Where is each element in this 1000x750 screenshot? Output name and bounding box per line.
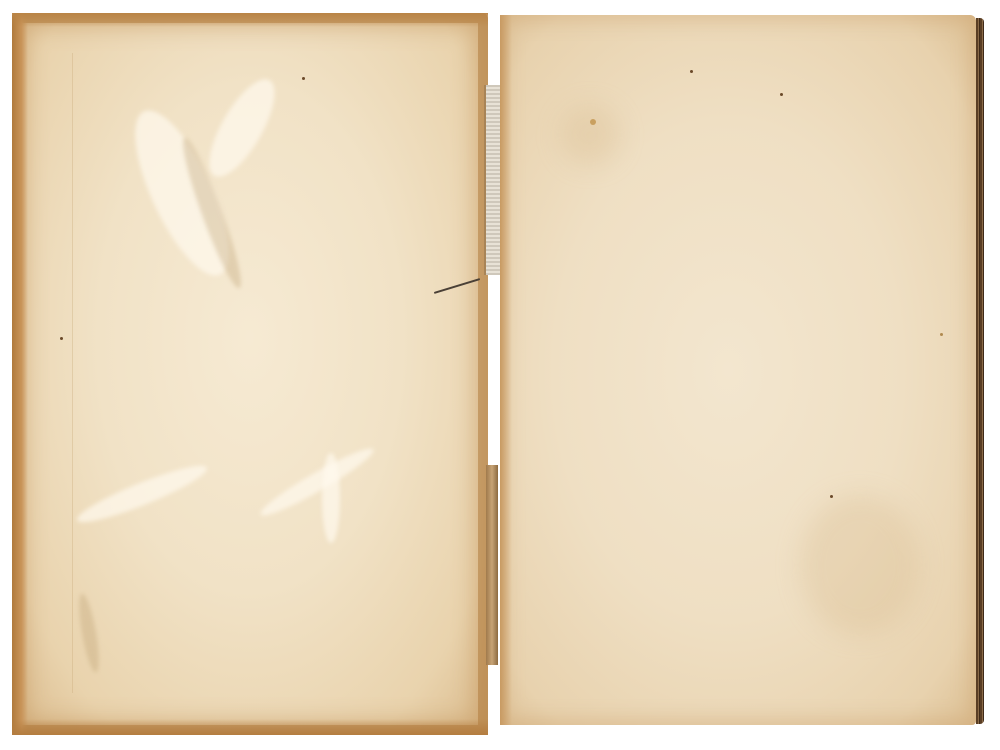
gutter-stain [500,15,512,725]
right-page [500,15,976,725]
foxing-blotch [560,105,620,165]
left-page [12,13,488,735]
top-edge-stain [12,13,488,27]
foxing-spot [690,70,693,73]
ink-spot [302,77,305,80]
paper-wrinkle [256,442,378,523]
foxing-spot [590,119,596,125]
fold-line [72,53,73,693]
open-book [0,0,1000,750]
ink-spot [60,337,63,340]
foxing-spot [830,495,833,498]
bottom-edge-stain [12,719,488,735]
stacked-page-edges [976,18,984,724]
paper-wrinkle [75,592,103,673]
paper-wrinkle [73,458,211,531]
left-edge-stain [12,13,28,735]
foxing-spot [940,333,943,336]
paper-wrinkle [197,70,287,185]
spine-binding [486,465,498,665]
foxing-spot [780,93,783,96]
paper-wrinkle [322,453,340,543]
foxing-blotch [800,495,920,635]
